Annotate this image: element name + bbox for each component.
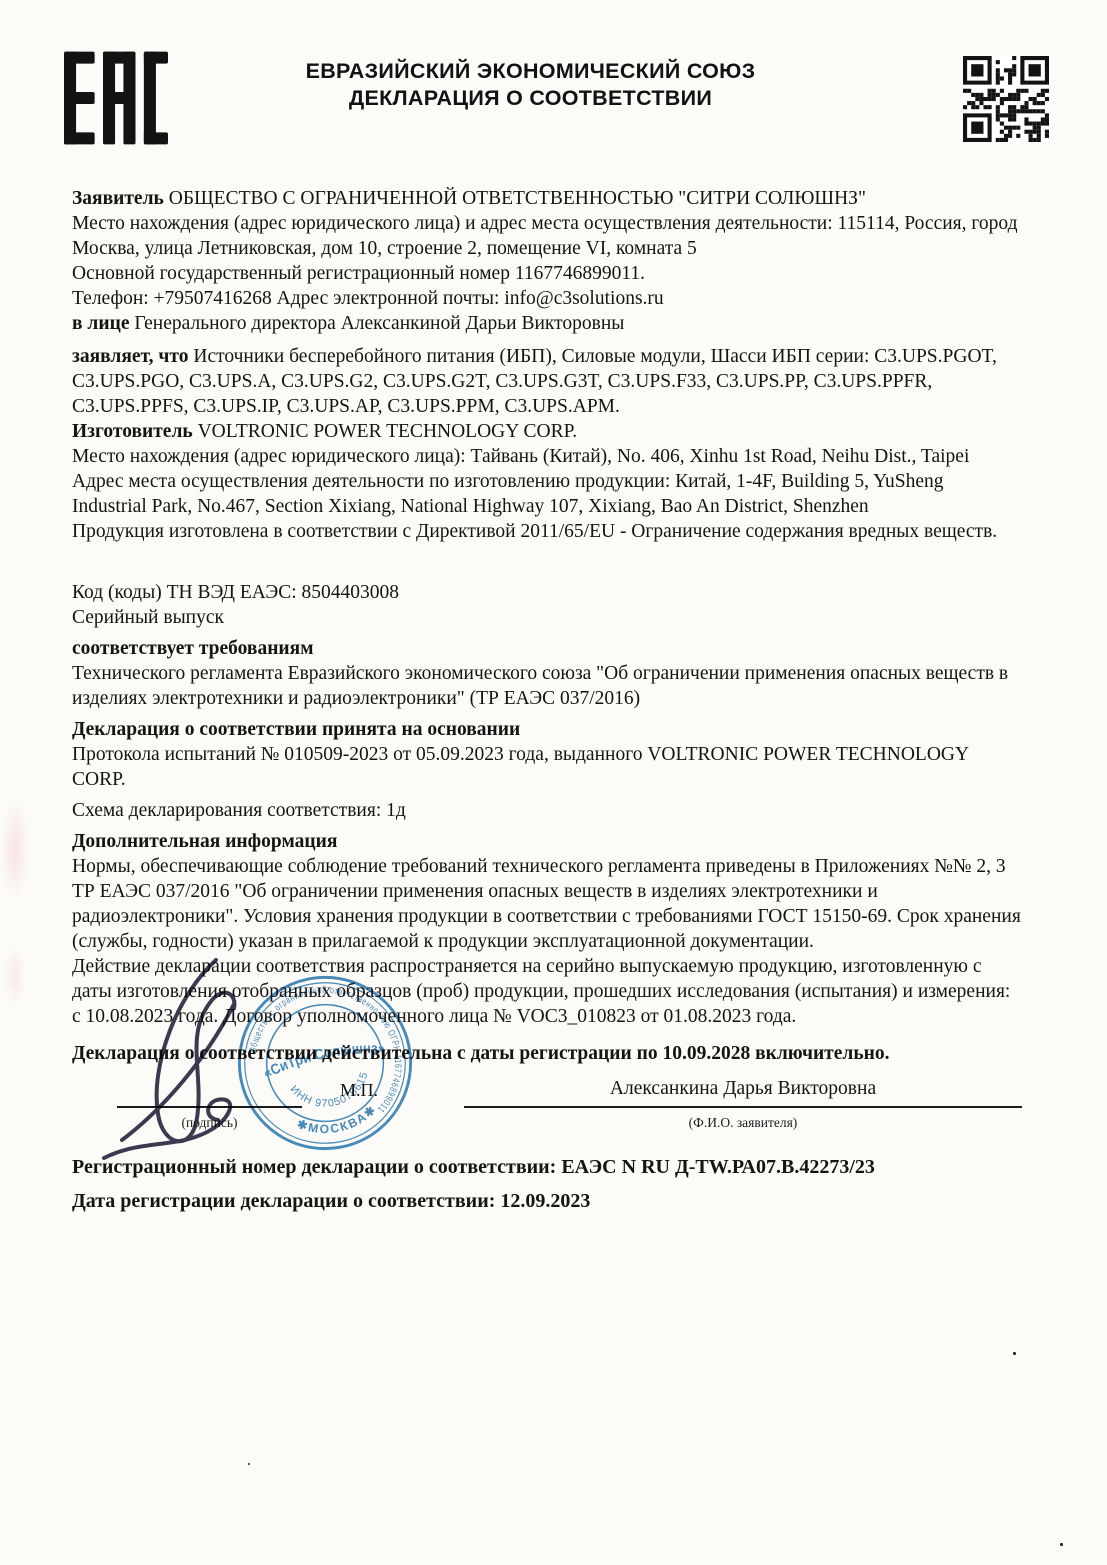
applicant-address: Место нахождения (адрес юридического лиц… [72,211,1022,261]
scheme-line: Схема декларирования соответствия: 1д [72,798,1022,823]
applicant-line: Заявитель ОБЩЕСТВО С ОГРАНИЧЕННОЙ ОТВЕТС… [72,186,1022,211]
scan-smudge [0,800,30,900]
validity-scope-paragraph: Действие декларации соответствия распрос… [72,954,1022,1029]
signature-caption: (подпись) [117,1108,302,1135]
manufacturer-line: Изготовитель VOLTRONIC POWER TECHNOLOGY … [72,419,1022,444]
manufacturer-address: Место нахождения (адрес юридического лиц… [72,444,1022,469]
registration-number-line: Регистрационный номер декларации о соотв… [72,1155,1022,1180]
production-address: Адрес места осуществления деятельности п… [72,469,1022,519]
document-header: ЕВРАЗИЙСКИЙ ЭКОНОМИЧЕСКИЙ СОЮЗ ДЕКЛАРАЦИ… [64,48,1049,148]
basis-heading: Декларация о соответствии принята на осн… [72,717,1022,742]
name-caption: (Ф.И.О. заявителя) [464,1108,1022,1135]
eac-conformity-mark-icon [64,48,168,148]
title-line-union: ЕВРАЗИЙСКИЙ ЭКОНОМИЧЕСКИЙ СОЮЗ [168,58,893,85]
scanned-declaration-page: { "colors": { "stamp_blue": "#2e7cb5", "… [0,0,1107,1565]
directive-line: Продукция изготовлена в соответствии с Д… [72,519,1022,544]
norms-paragraph: Нормы, обеспечивающие соблюдение требова… [72,854,1022,954]
serial-release-line: Серийный выпуск [72,605,1022,630]
signature-field: (подпись) [117,1080,302,1135]
qr-code-icon [963,56,1049,142]
paper-speck [1060,1543,1063,1546]
paper-speck [1013,1352,1016,1355]
stamp-place-label: М.П. [340,1078,378,1103]
additional-info-heading: Дополнительная информация [72,829,1022,854]
registration-date-line: Дата регистрации декларации о соответств… [72,1189,1022,1214]
document-title: ЕВРАЗИЙСКИЙ ЭКОНОМИЧЕСКИЙ СОЮЗ ДЕКЛАРАЦИ… [168,48,963,112]
scan-smudge [4,946,26,1006]
title-line-declaration: ДЕКЛАРАЦИЯ О СООТВЕТСТВИИ [168,85,893,112]
protocol-line: Протокола испытаний № 010509-2023 от 05.… [72,742,1022,792]
ogrn-line: Основной государственный регистрационный… [72,261,1022,286]
signature-row: (подпись)М.П.Алексанкина Дарья Викторовн… [72,1076,1022,1135]
regulation-line: Технического регламента Евразийского эко… [72,661,1022,711]
contacts-line: Телефон: +79507416268 Адрес электронной … [72,286,1022,311]
declares-products: заявляет, что Источники бесперебойного п… [72,344,1022,419]
complies-heading: соответствует требованиям [72,636,1022,661]
represented-by-line: в лице Генерального директора Алексанкин… [72,311,1022,336]
paper-speck [248,1463,250,1465]
document-body: Заявитель ОБЩЕСТВО С ОГРАНИЧЕННОЙ ОТВЕТС… [72,186,1022,1214]
applicant-name: Алексанкина Дарья Викторовна [464,1076,1022,1101]
applicant-name-field: Алексанкина Дарья Викторовна(Ф.И.О. заяв… [464,1076,1022,1135]
valid-until-line: Декларация о соответствии действительна … [72,1041,1022,1066]
tnved-code-line: Код (коды) ТН ВЭД ЕАЭС: 8504403008 [72,580,1022,605]
